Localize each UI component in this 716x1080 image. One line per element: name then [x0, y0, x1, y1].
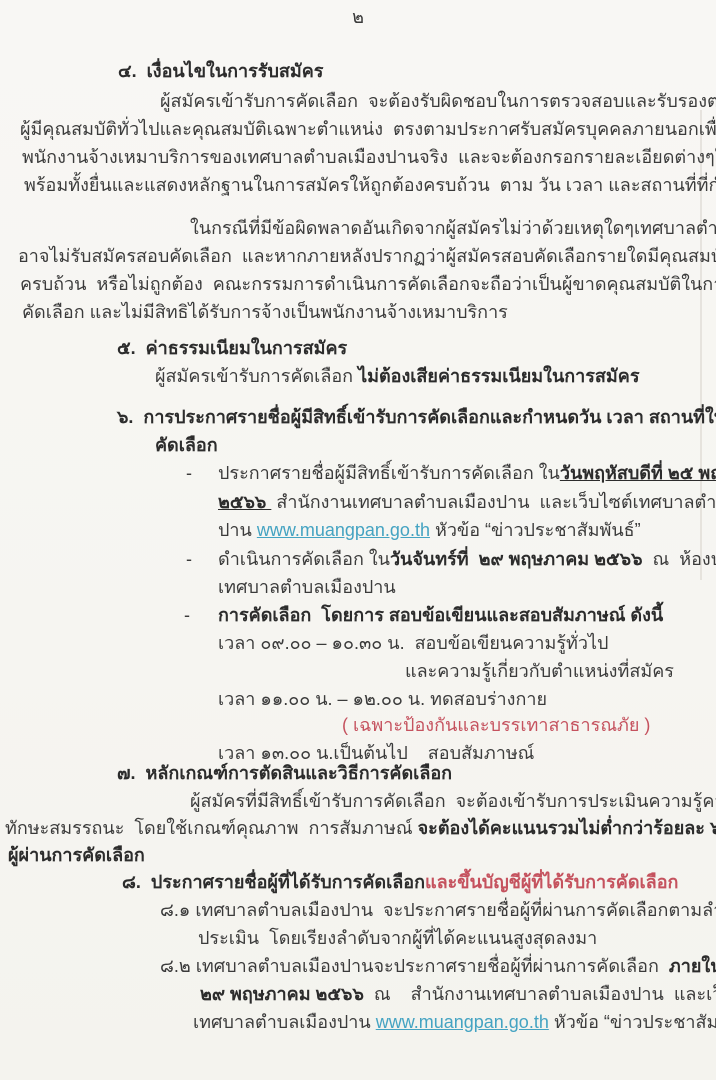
section-8-item1-line2: ประเมิน โดยเรียงลำดับจากผู้ที่ได้คะแนนสู… — [198, 927, 597, 949]
section-7-line3: ผู้ผ่านการคัดเลือก — [8, 844, 145, 866]
scanned-document-page: ๒ ๔. เงื่อนไขในการรับสมัคร ผู้สมัครเข้าร… — [0, 0, 716, 1080]
section-8-heading-red: และขึ้นบัญชีผู้ที่ได้รับการคัดเลือก — [425, 872, 678, 892]
item2-line3-post: หัวข้อ “ข่าวประชาสัมพันธ์” — [549, 1012, 716, 1032]
bullet-dash: - — [186, 462, 192, 484]
passing-score-requirement: จะต้องได้คะแนนรวมไม่ต่ำกว่าร้อยละ ๖๐ จึง… — [418, 818, 716, 838]
section-6-bullet1-line2: ๒๕๖๖ สำนักงานเทศบาลตำบลเมืองปาน และเว็บไ… — [218, 491, 716, 513]
section-8-heading: ๘. ประกาศรายชื่อผู้ที่ได้รับการคัดเลือกแ… — [122, 871, 678, 893]
section-4-paragraph2-line1: ในกรณีที่มีข้อผิดพลาดอันเกิดจากผู้สมัครไ… — [190, 217, 716, 239]
section-6-bullet3-line1: การคัดเลือก โดยการ สอบข้อเขียนและสอบสัมภ… — [218, 604, 663, 626]
section-7-line2: ทักษะสมรรถนะ โดยใช้เกณฑ์คุณภาพ การสัมภาษ… — [5, 817, 716, 839]
exam-time-1: เวลา ๐๙.๐๐ – ๑๐.๓๐ น. สอบข้อเขียนความรู้… — [218, 632, 608, 654]
exam-time-1-continuation: และความรู้เกี่ยวกับตำแหน่งที่สมัคร — [405, 660, 674, 682]
section-6-heading-line1: ๖. การประกาศรายชื่อผู้มีสิทธิ์เข้ารับการ… — [117, 406, 716, 428]
bullet2-line1-post: ณ ห้องประชุม — [643, 549, 716, 569]
bullet-dash: - — [184, 604, 190, 626]
item2-line2-rest: ณ สำนักงานเทศบาลตำบลเมืองปาน และเว็บไซต์ — [364, 984, 716, 1004]
bullet1-line2-rest: สำนักงานเทศบาลตำบลเมืองปาน และเว็บไซต์เท… — [271, 492, 716, 512]
section-5-body: ผู้สมัครเข้ารับการคัดเลือก ไม่ต้องเสียค่… — [155, 365, 640, 387]
announcement-date: วันพฤหัสบดีที่ ๒๕ พฤษภาคม — [560, 463, 716, 483]
section-7-line1: ผู้สมัครที่มีสิทธิ์เข้ารับการคัดเลือก จะ… — [190, 790, 716, 812]
exam-time-3: เวลา ๑๓.๐๐ น.เป็นต้นไป สอบสัมภาษณ์ — [218, 742, 534, 764]
bullet1-line1-normal: ประกาศรายชื่อผู้มีสิทธิ์เข้ารับการคัดเลื… — [218, 463, 560, 483]
selection-date: วันจันทร์ที่ ๒๙ พฤษภาคม ๒๕๖๖ — [390, 549, 643, 569]
section-4-paragraph1-line2: ผู้มีคุณสมบัติทั่วไปและคุณสมบัติเฉพาะตำแ… — [20, 118, 716, 140]
bullet2-line1-normal: ดำเนินการคัดเลือก ใน — [218, 549, 390, 569]
section-4-paragraph1-line4: พร้อมทั้งยื่นและแสดงหลักฐานในการสมัครให้… — [24, 174, 716, 196]
section-8-item2-line2: ๒๙ พฤษภาคม ๒๕๖๖ ณ สำนักงานเทศบาลตำบลเมือ… — [200, 983, 716, 1005]
section-4-paragraph2-line3: ครบถ้วน หรือไม่ถูกต้อง คณะกรรมการดำเนินก… — [20, 273, 716, 295]
section-6-bullet1-line3: ปาน www.muangpan.go.th หัวข้อ “ข่าวประชา… — [218, 519, 641, 541]
section-4-paragraph2-line4: คัดเลือก และไม่มีสิทธิได้รับการจ้างเป็นพ… — [22, 301, 508, 323]
section-4-paragraph2-line2: อาจไม่รับสมัครสอบคัดเลือก และหากภายหลังป… — [18, 245, 716, 267]
section-6-bullet2-line2: เทศบาลตำบลเมืองปาน — [218, 576, 396, 598]
section-6-heading-line2: คัดเลือก — [155, 434, 218, 456]
section-8-item1-line1: ๘.๑ เทศบาลตำบลเมืองปาน จะประกาศรายชื่อผู… — [160, 899, 716, 921]
bullet1-line3-post: หัวข้อ “ข่าวประชาสัมพันธ์” — [430, 520, 641, 540]
website-url-link: www.muangpan.go.th — [376, 1012, 549, 1032]
website-url-link: www.muangpan.go.th — [257, 520, 430, 540]
item2-line3-pre: เทศบาลตำบลเมืองปาน — [193, 1012, 376, 1032]
section-8-heading-black: ๘. ประกาศรายชื่อผู้ที่ได้รับการคัดเลือก — [122, 872, 425, 892]
page-number: ๒ — [352, 6, 364, 28]
section-7-heading: ๗. หลักเกณฑ์การตัดสินและวิธีการคัดเลือก — [117, 762, 452, 784]
announcement-year: ๒๕๖๖ — [218, 492, 271, 512]
section-5-body-normal: ผู้สมัครเข้ารับการคัดเลือก — [155, 366, 358, 386]
section-4-heading: ๔. เงื่อนไขในการรับสมัคร — [118, 60, 323, 82]
item2-line1-normal: ๘.๒ เทศบาลตำบลเมืองปานจะประกาศรายชื่อผู้… — [160, 956, 669, 976]
section-7-line2-normal: ทักษะสมรรถนะ โดยใช้เกณฑ์คุณภาพ การสัมภาษ… — [5, 818, 418, 838]
bullet-dash: - — [186, 548, 192, 570]
exam-time-2: เวลา ๑๑.๐๐ น. – ๑๒.๐๐ น. ทดสอบร่างกาย — [218, 688, 547, 710]
section-4-paragraph1-line1: ผู้สมัครเข้ารับการคัดเลือก จะต้องรับผิดช… — [160, 90, 716, 112]
section-6-bullet2-line1: ดำเนินการคัดเลือก ในวันจันทร์ที่ ๒๙ พฤษภ… — [218, 548, 716, 570]
section-5-heading: ๕. ค่าธรรมเนียมในการสมัคร — [117, 337, 347, 359]
bullet1-line3-pre: ปาน — [218, 520, 257, 540]
section-8-item2-line3: เทศบาลตำบลเมืองปาน www.muangpan.go.th หั… — [193, 1011, 716, 1033]
result-deadline-date: ๒๙ พฤษภาคม ๒๕๖๖ — [200, 984, 364, 1004]
exam-time-2-note-red: ( เฉพาะป้องกันและบรรเทาสาธารณภัย ) — [342, 714, 650, 736]
section-4-paragraph1-line3: พนักงานจ้างเหมาบริการของเทศบาลตำบลเมืองป… — [22, 146, 716, 168]
result-deadline-day: ภายในวันจันทร์ที่ — [669, 956, 716, 976]
section-8-item2-line1: ๘.๒ เทศบาลตำบลเมืองปานจะประกาศรายชื่อผู้… — [160, 955, 716, 977]
section-5-body-bold: ไม่ต้องเสียค่าธรรมเนียมในการสมัคร — [358, 366, 639, 386]
section-6-bullet1-line1: ประกาศรายชื่อผู้มีสิทธิ์เข้ารับการคัดเลื… — [218, 462, 716, 484]
